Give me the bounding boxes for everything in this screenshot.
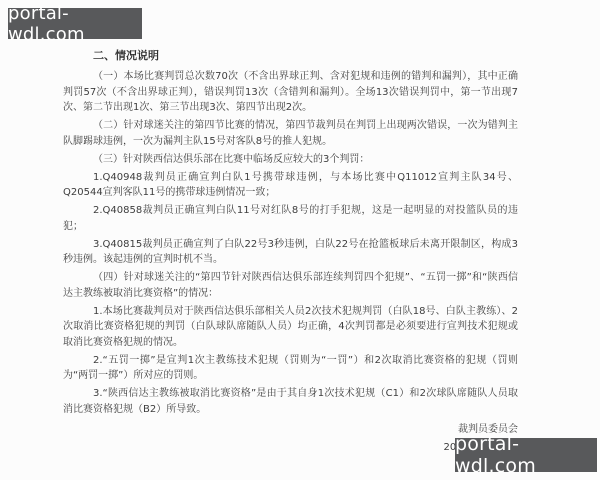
paragraph-3: （三）针对陕西信达俱乐部在比赛中临场反应较大的3个判罚：	[63, 152, 518, 168]
watermark-top-left: portal-wdl.com	[8, 8, 142, 39]
signature-date: 2023年9月24日	[63, 440, 518, 456]
paragraph-2: （二）针对球迷关注的第四节比赛的情况，第四节裁判员在判罚上出现两次错误，一次为错…	[63, 118, 518, 149]
paragraph-8: 1.本场比赛裁判员对于陕西信达俱乐部相关人员2次技术犯规判罚（白队18号、白队主…	[63, 304, 518, 351]
paragraph-7: （四）针对球迷关注的“第四节针对陕西信达俱乐部连续判罚四个犯规”、“五罚一掷”和…	[63, 270, 518, 301]
paragraph-4: 1.Q40948裁判员正确宣判白队1号携带球违例，与本场比赛中Q11012宣判主…	[63, 170, 518, 201]
paragraph-10: 3.“陕西信达主教练被取消比赛资格”是由于其自身1次技术犯规（C1）和2次球队席…	[63, 386, 518, 417]
section-heading: 二、情况说明	[63, 48, 518, 64]
watermark-top-label: portal-wdl.com	[8, 3, 142, 45]
signature-committee: 裁判员委员会	[63, 422, 518, 438]
paragraph-5: 2.Q40858裁判员正确宣判白队11号对红队8号的打手犯规，这是一起明显的对投…	[63, 203, 518, 234]
watermark-bottom-right: portal-wdl.com	[455, 438, 597, 472]
paragraph-6: 3.Q40815裁判员正确宣判了白队22号3秒违例，白队22号在抢篮板球后未离开…	[63, 237, 518, 268]
paragraph-1: （一）本场比赛判罚总次数70次（不含出界球正判、含对犯规和违例的错判和漏判），其…	[63, 69, 518, 116]
watermark-bottom-label: portal-wdl.com	[455, 433, 597, 477]
notice-document: 二、情况说明 （一）本场比赛判罚总次数70次（不含出界球正判、含对犯规和违例的错…	[63, 48, 518, 458]
paragraph-9: 2.“五罚一掷”是宣判1次主教练技术犯规（罚则为“一罚”）和2次取消比赛资格的犯…	[63, 353, 518, 384]
signature-block: 裁判员委员会 2023年9月24日	[63, 422, 518, 456]
